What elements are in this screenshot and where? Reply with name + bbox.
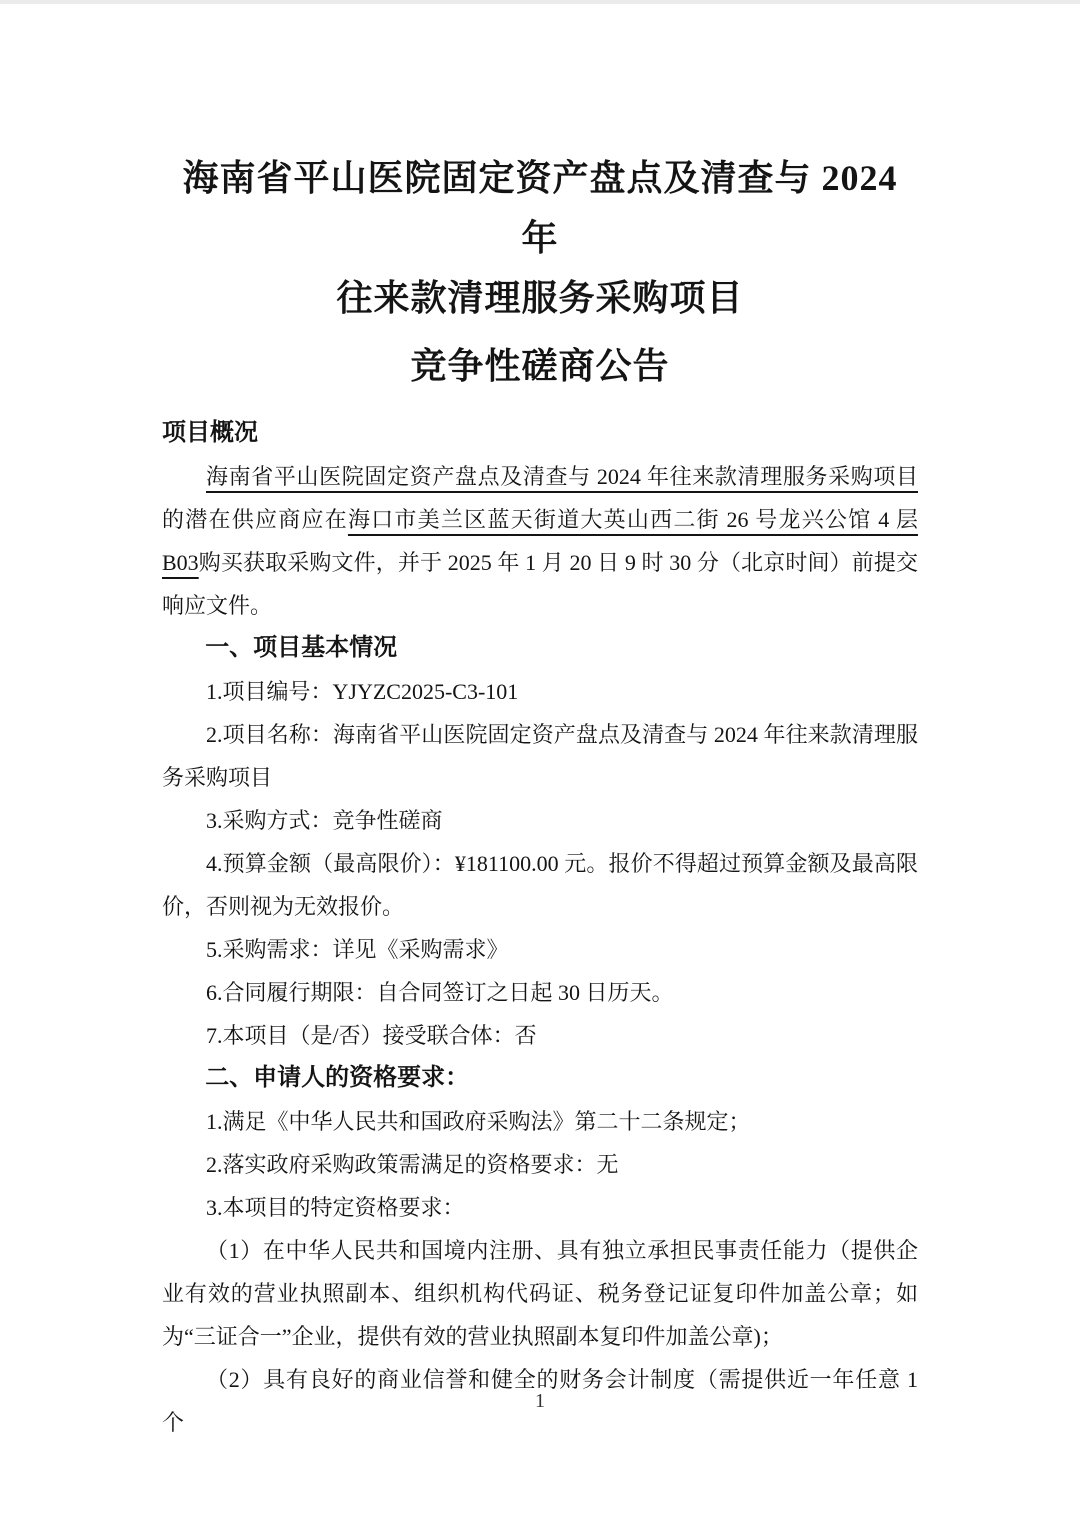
overview-paragraph: 海南省平山医院固定资产盘点及清查与 2024 年往来款清理服务采购项目的潜在供应… bbox=[162, 455, 918, 627]
item-contract-period: 6.合同履行期限：自合同签订之日起 30 日历天。 bbox=[162, 971, 918, 1014]
document-content: 海南省平山医院固定资产盘点及清查与 2024 年 往来款清理服务采购项目 竞争性… bbox=[162, 0, 918, 1444]
item-procurement-method: 3.采购方式：竞争性磋商 bbox=[162, 799, 918, 842]
overview-deadline-run: 购买获取采购文件，并于 2025 年 1 月 20 日 9 时 30 分（北京时… bbox=[162, 550, 918, 618]
document-title-line1: 海南省平山医院固定资产盘点及清查与 2024 年 bbox=[162, 148, 918, 268]
page-number: 1 bbox=[0, 1390, 1080, 1413]
document-title-line2: 往来款清理服务采购项目 bbox=[162, 268, 918, 328]
item-procurement-requirements: 5.采购需求：详见《采购需求》 bbox=[162, 928, 918, 971]
overview-project-name-underlined: 海南省平山医院固定资产盘点及清查与 2024 年往来款清理服务采购项目 bbox=[206, 464, 918, 489]
item-budget-amount: 4.预算金额（最高限价）：¥181100.00 元。报价不得超过预算金额及最高限… bbox=[162, 842, 918, 928]
document-subtitle: 竞争性磋商公告 bbox=[162, 336, 918, 396]
item-registration-requirement: （1）在中华人民共和国境内注册、具有独立承担民事责任能力（提供企业有效的营业执照… bbox=[162, 1229, 918, 1358]
overview-text-run: 的潜在供应商应在 bbox=[162, 507, 348, 532]
item-project-number: 1.项目编号：YJYZC2025-C3-101 bbox=[162, 670, 918, 713]
document-title: 海南省平山医院固定资产盘点及清查与 2024 年 往来款清理服务采购项目 bbox=[162, 148, 918, 328]
item-consortium-acceptance: 7.本项目（是/否）接受联合体：否 bbox=[162, 1014, 918, 1057]
item-law-compliance: 1.满足《中华人民共和国政府采购法》第二十二条规定； bbox=[162, 1100, 918, 1143]
item-policy-requirements: 2.落实政府采购政策需满足的资格要求：无 bbox=[162, 1143, 918, 1186]
document-page: 海南省平山医院固定资产盘点及清查与 2024 年 往来款清理服务采购项目 竞争性… bbox=[0, 0, 1080, 1526]
item-project-name: 2.项目名称：海南省平山医院固定资产盘点及清查与 2024 年往来款清理服务采购… bbox=[162, 713, 918, 799]
overview-heading: 项目概况 bbox=[162, 412, 918, 455]
section2-heading: 二、申请人的资格要求： bbox=[162, 1057, 918, 1100]
section1-heading: 一、项目基本情况 bbox=[162, 627, 918, 670]
item-specific-requirements: 3.本项目的特定资格要求： bbox=[162, 1186, 918, 1229]
